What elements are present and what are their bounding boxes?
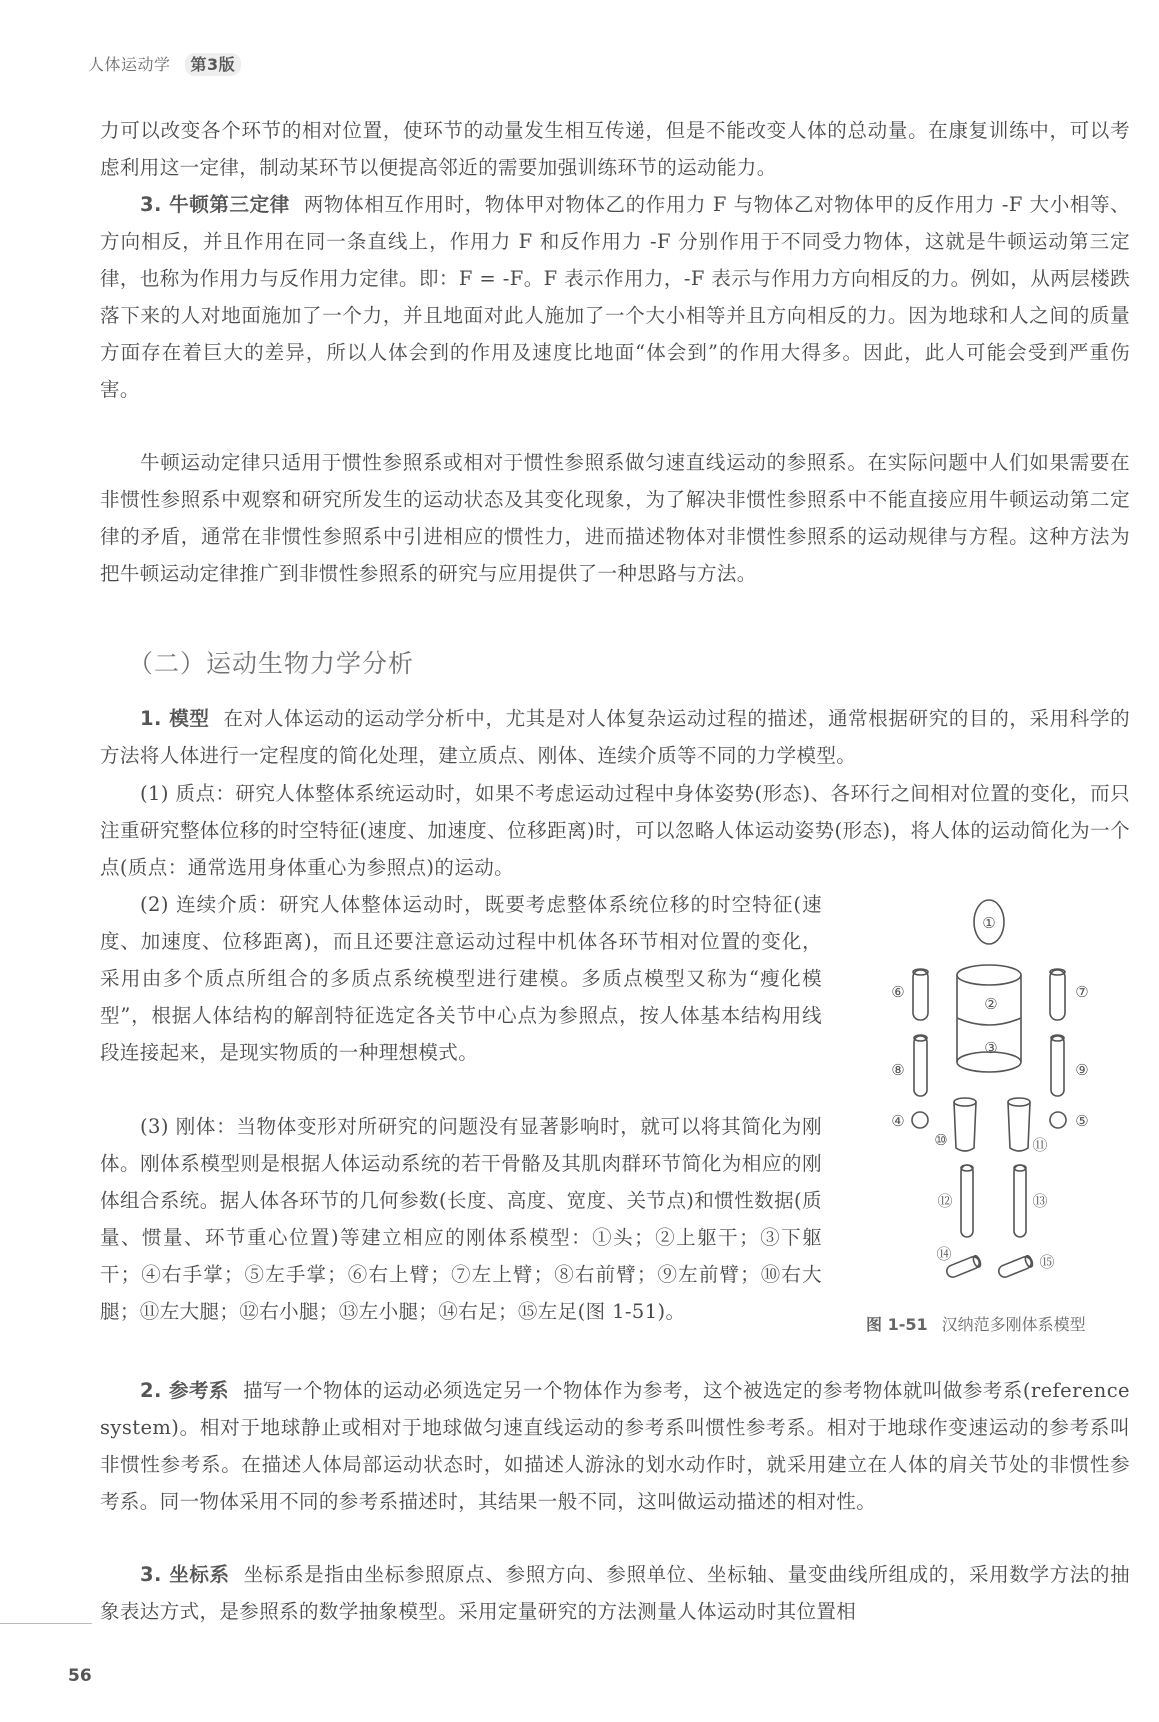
paragraph-rigid-body: (3) 刚体：当物体变形对所研究的问题没有显著影响时，就可以将其简化为刚体。刚体… bbox=[100, 1108, 822, 1330]
paragraph-text: 坐标系是指由坐标参照原点、参照方向、参照单位、坐标轴、量变曲线所组成的，采用数学… bbox=[100, 1563, 1130, 1623]
figure-caption: 图 1-51汉纳范多刚体系模型 bbox=[866, 1312, 1086, 1335]
footer-rule bbox=[0, 1623, 92, 1624]
subheading-newton-third-law: 3. 牛顿第三定律 bbox=[140, 193, 290, 216]
figure-title: 汉纳范多刚体系模型 bbox=[942, 1315, 1086, 1334]
running-head: 人体运动学第3版 bbox=[88, 52, 241, 75]
figure-number: 图 1-51 bbox=[866, 1315, 928, 1334]
section-heading: （二）运动生物力学分析 bbox=[128, 644, 414, 680]
label-6: ⑥ bbox=[891, 983, 904, 1001]
subheading-model: 1. 模型 bbox=[140, 707, 210, 730]
label-12: ⑫ bbox=[937, 1192, 952, 1210]
label-4: ④ bbox=[891, 1112, 904, 1130]
paragraph-reference-system: 2. 参考系描写一个物体的运动必须选定另一个物体作为参考，这个被选定的参考物体就… bbox=[100, 1372, 1130, 1520]
label-2: ② bbox=[984, 995, 997, 1013]
label-3: ③ bbox=[984, 1039, 997, 1057]
paragraph-text: 在对人体运动的运动学分析中，尤其是对人体复杂运动过程的描述，通常根据研究的目的，… bbox=[100, 707, 1130, 767]
subheading-reference-system: 2. 参考系 bbox=[140, 1379, 229, 1402]
paragraph-continuum: (2) 连续介质：研究人体整体运动时，既要考虑整体系统位移的时空特征(速度、加速… bbox=[100, 886, 822, 1071]
label-10: ⑩ bbox=[934, 1131, 947, 1149]
subheading-coordinate-system: 3. 坐标系 bbox=[140, 1563, 230, 1586]
label-8: ⑧ bbox=[891, 1061, 904, 1079]
label-11: ⑪ bbox=[1032, 1136, 1047, 1154]
paragraph-text: 描写一个物体的运动必须选定另一个物体作为参考，这个被选定的参考物体就叫做参考系(… bbox=[100, 1379, 1130, 1513]
paragraph-momentum: 力可以改变各个环节的相对位置，使环节的动量发生相互传递，但是不能改变人体的总动量… bbox=[100, 112, 1130, 186]
label-1: ① bbox=[982, 914, 995, 932]
label-9: ⑨ bbox=[1075, 1061, 1088, 1079]
paragraph-inertial-frames: 牛顿运动定律只适用于惯性参照系或相对于惯性参照系做匀速直线运动的参照系。在实际问… bbox=[100, 444, 1130, 592]
page-number: 56 bbox=[68, 1666, 92, 1686]
paragraph-particle: (1) 质点：研究人体整体系统运动时，如果不考虑运动过程中身体姿势(形态)、各环… bbox=[100, 775, 1130, 886]
book-title: 人体运动学 bbox=[88, 55, 171, 74]
paragraph-coordinate-system: 3. 坐标系坐标系是指由坐标参照原点、参照方向、参照单位、坐标轴、量变曲线所组成… bbox=[100, 1556, 1130, 1630]
paragraph-newton-third-law: 3. 牛顿第三定律两物体相互作用时，物体甲对物体乙的作用力 F 与物体乙对物体甲… bbox=[100, 186, 1130, 408]
label-7: ⑦ bbox=[1075, 983, 1088, 1001]
label-13: ⑬ bbox=[1032, 1192, 1047, 1210]
figure-rigid-body-model: ① ② ③ ⑥ ⑦ ⑧ ⑨ ④ ⑤ ⑩ ⑪ ⑫ ⑬ ⑭ ⑮ bbox=[850, 890, 1150, 1310]
label-5: ⑤ bbox=[1075, 1112, 1088, 1130]
label-15: ⑮ bbox=[1039, 1253, 1054, 1271]
paragraph-model: 1. 模型在对人体运动的运动学分析中，尤其是对人体复杂运动过程的描述，通常根据研… bbox=[100, 700, 1130, 774]
rigid-body-diagram: ① ② ③ ⑥ ⑦ ⑧ ⑨ ④ ⑤ ⑩ ⑪ ⑫ ⑬ ⑭ ⑮ bbox=[850, 890, 1150, 1310]
paragraph-text: 两物体相互作用时，物体甲对物体乙的作用力 F 与物体乙对物体甲的反作用力 -F … bbox=[100, 193, 1130, 401]
edition-badge: 第3版 bbox=[185, 53, 242, 76]
label-14: ⑭ bbox=[936, 1245, 951, 1263]
